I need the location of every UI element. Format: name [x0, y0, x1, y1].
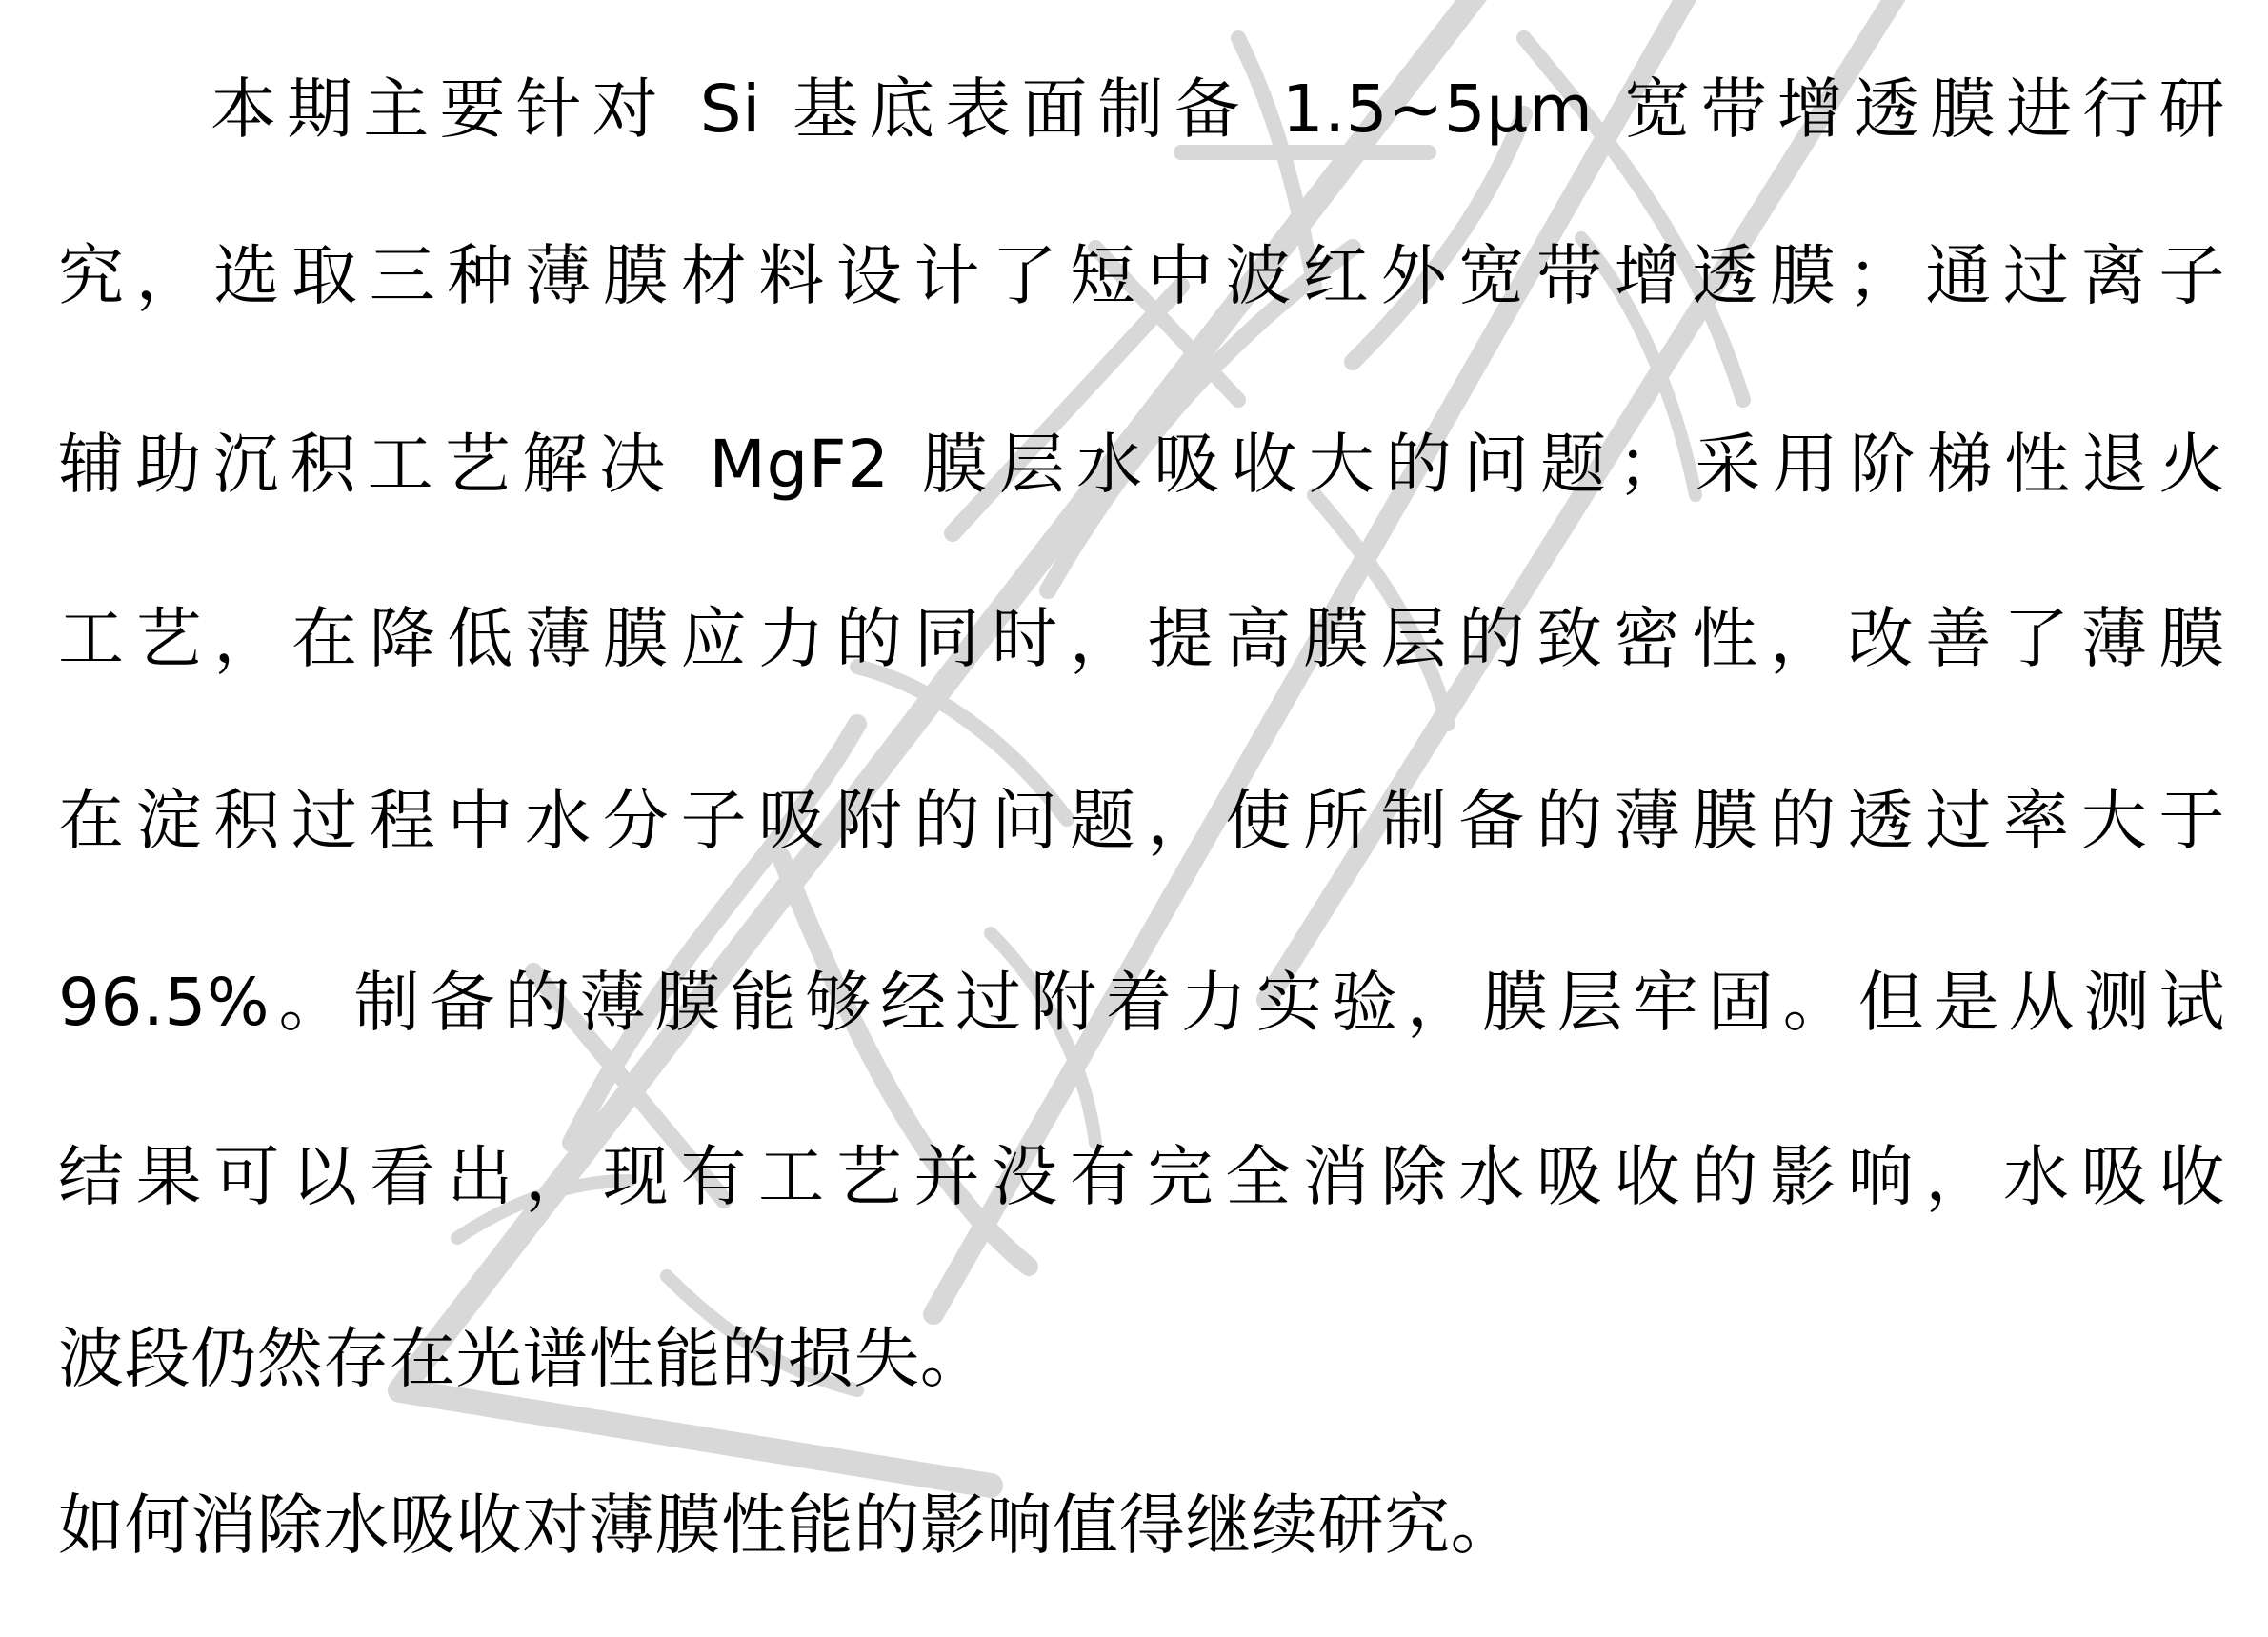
text-line: 本期主要针对 Si 基底表面制备 1.5~5μm 宽带增透膜进行研: [211, 71, 2225, 148]
text-line: 工艺，在降低薄膜应力的同时，提高膜层的致密性，改善了薄膜: [58, 601, 2225, 677]
text-line: 波段仍然存在光谱性能的损失。: [58, 1321, 986, 1397]
text-line: 96.5%。制备的薄膜能够经过附着力实验，膜层牢固。但是从测试: [58, 965, 2225, 1041]
text-line: 辅助沉积工艺解决 MgF2 膜层水吸收大的问题；采用阶梯性退火: [58, 427, 2225, 503]
text-line: 结果可以看出，现有工艺并没有完全消除水吸收的影响，水吸收: [58, 1139, 2225, 1215]
text-line: 究，选取三种薄膜材料设计了短中波红外宽带增透膜；通过离子: [58, 238, 2225, 314]
text-line: 在淀积过程中水分子吸附的问题，使所制备的薄膜的透过率大于: [58, 783, 2225, 859]
text-line: 如何消除水吸收对薄膜性能的影响值得继续研究。: [58, 1487, 1516, 1564]
